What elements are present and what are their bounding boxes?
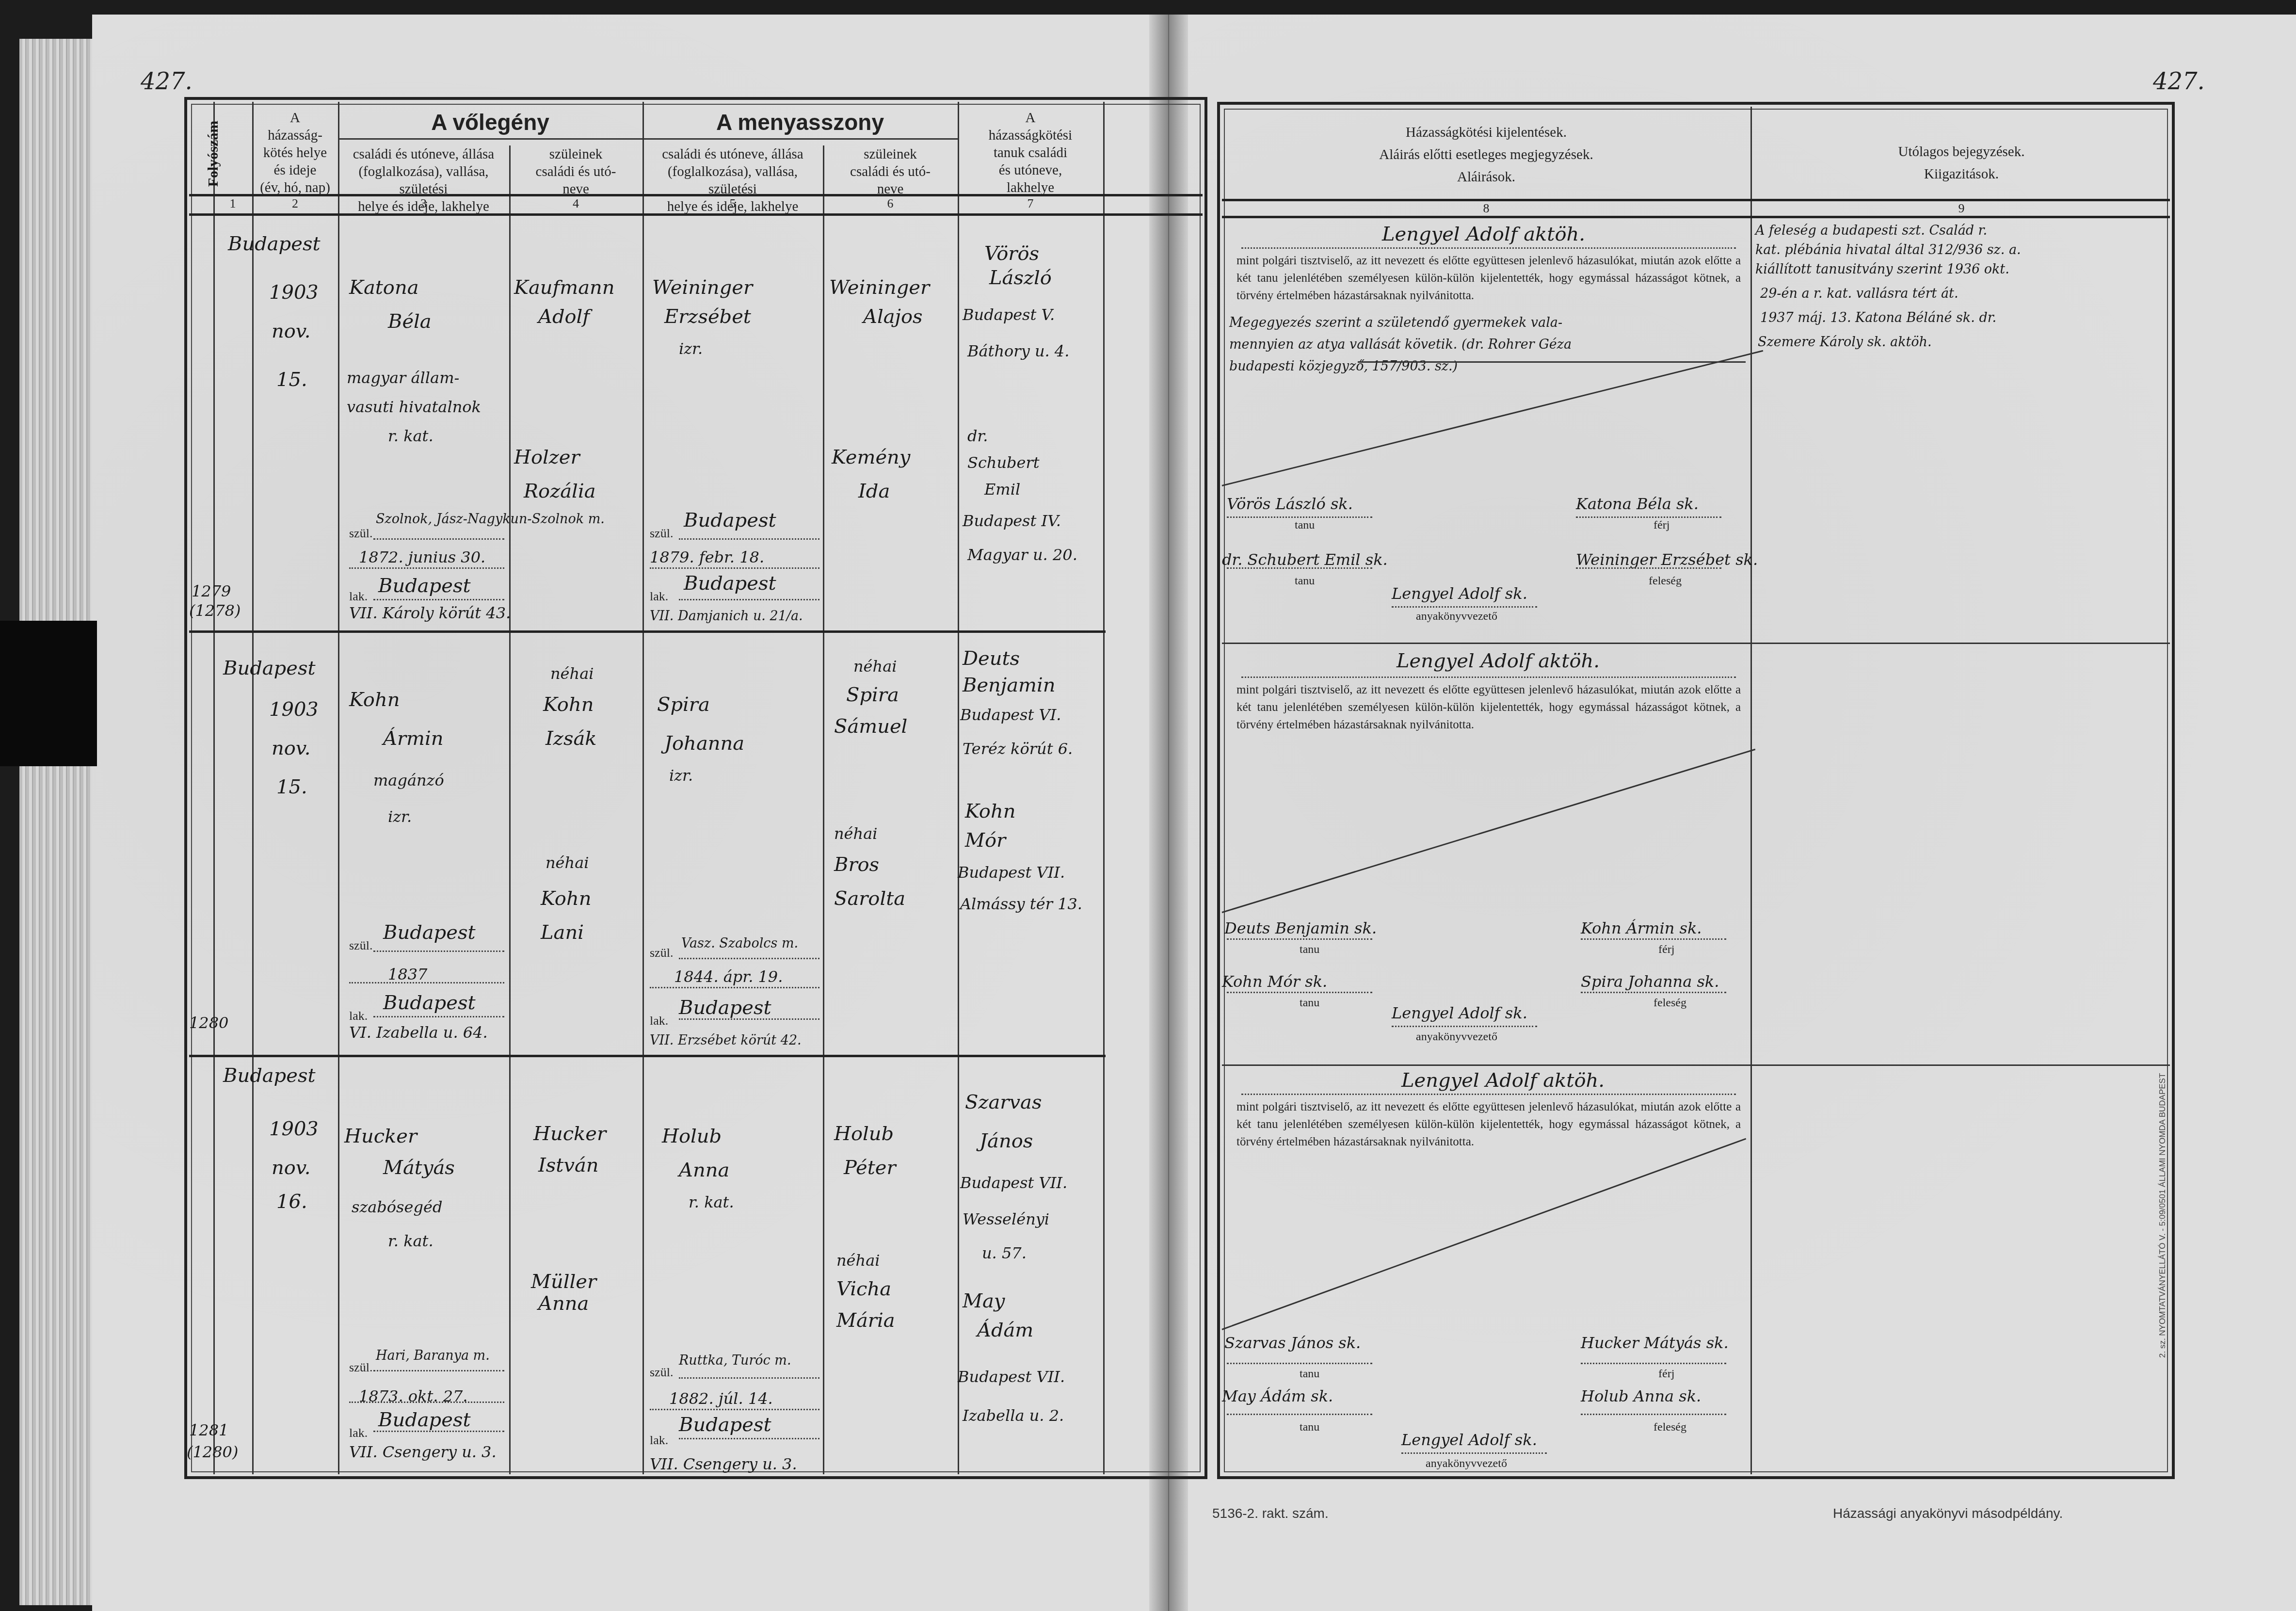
witness1-given: Benjamin <box>963 674 1056 696</box>
bride-birthdate: 1844. ápr. 19. <box>674 967 783 986</box>
bride-father-given: Sámuel <box>834 715 907 738</box>
dotted-line <box>373 950 504 952</box>
header-line: neve <box>823 180 958 198</box>
dotted-line <box>1401 1452 1547 1454</box>
bride-birthdate: 1879. febr. 18. <box>650 548 764 566</box>
header-col-4: szüleinek családi és utó- neve <box>509 145 642 198</box>
header-line: házasság- <box>252 127 338 144</box>
header-col-8: Házasságkötési kijelentések. Aláirás elő… <box>1222 121 1750 188</box>
witness1-surname: Vörös <box>984 242 1039 265</box>
dotted-line <box>1227 1363 1372 1364</box>
born-label: szül. <box>650 946 673 960</box>
registrar-signature: Lengyel Adolf sk. <box>1392 584 1527 603</box>
colnum-4: 4 <box>509 196 642 211</box>
officiant-name: Lengyel Adolf aktöh. <box>1401 1069 1605 1092</box>
witness-label: tanu <box>1300 997 1319 1010</box>
serial-number: 1281 <box>189 1421 228 1439</box>
dotted-line <box>679 958 819 959</box>
born-label: szül. <box>349 938 372 953</box>
witness2-surname: Kohn <box>965 800 1015 822</box>
dotted-line <box>1227 567 1372 569</box>
header-line: A <box>252 109 338 127</box>
dotted-line <box>373 599 504 600</box>
printer-imprint: 2. sz. NYOMTATVÁNYELLÁTÓ V. - 5:09/0501 … <box>2158 1073 2168 1358</box>
witness1-city: Budapest VI. <box>960 706 1061 724</box>
header-line: családi és utó- <box>823 163 958 180</box>
witness1-signature: Szarvas János sk. <box>1224 1334 1361 1352</box>
dotted-line <box>1227 938 1372 940</box>
groom-address: VII. Károly körút 43. <box>349 604 511 622</box>
witness2-given: Ádám <box>977 1319 1033 1341</box>
bride-religion: izr. <box>669 766 693 785</box>
bride-mother-note: néhai <box>834 824 877 843</box>
col-divider <box>958 102 959 1474</box>
header-line: Aláirás előtti esetleges megjegyzések. <box>1222 144 1750 166</box>
registrar-label: anyakönyvvezető <box>1416 1031 1497 1044</box>
bride-religion: r. kat. <box>689 1193 734 1211</box>
residence-label: lak. <box>650 1433 668 1448</box>
dotted-line <box>1227 992 1372 993</box>
bride-residence: Budapest <box>679 997 771 1019</box>
born-label: szül. <box>650 526 673 541</box>
groom-address: VII. Csengery u. 3. <box>349 1443 497 1461</box>
groom-given-name: Ármin <box>383 727 444 750</box>
marriage-year: 1903 <box>269 281 319 304</box>
marriage-place: Budapest <box>228 233 321 255</box>
groom-religion: izr. <box>388 807 412 826</box>
book-page-edges <box>19 39 97 1605</box>
wife-signature: Spira Johanna sk. <box>1581 972 1719 991</box>
dotted-line <box>1392 1026 1537 1027</box>
witness2-city: Budapest IV. <box>963 512 1061 530</box>
header-line: Kiigazitások. <box>1750 163 2172 185</box>
groom-residence: Budapest <box>378 575 471 597</box>
dotted-line <box>1581 938 1726 940</box>
marriage-month: nov. <box>272 320 310 342</box>
husband-signature: Kohn Ármin sk. <box>1581 919 1702 937</box>
right-register-table <box>1217 102 2175 1479</box>
dotted-line <box>679 538 819 540</box>
header-folyoszam: Folyószám <box>205 105 222 202</box>
groom-birthplace: Szolnok, Jász-Nagykun-Szolnok m. <box>376 512 605 527</box>
dotted-line <box>373 1370 504 1371</box>
colnum-8: 8 <box>1222 201 1750 216</box>
col-divider <box>213 102 215 1474</box>
dotted-line <box>650 567 819 569</box>
dotted-line <box>349 567 504 569</box>
black-tab-marker <box>0 621 97 766</box>
header-col-2: A házasság- kötés helye és ideje (év, hó… <box>252 109 338 196</box>
bride-father-given: Alajos <box>863 306 923 328</box>
header-line: szüleinek <box>823 145 958 163</box>
witness1-street: Teréz körút 6. <box>963 740 1073 758</box>
groom-residence: Budapest <box>378 1409 471 1431</box>
bride-mother-surname: Vicha <box>836 1278 891 1300</box>
witness1-signature: Deuts Benjamin sk. <box>1224 919 1377 937</box>
witness-label: tanu <box>1300 1421 1319 1434</box>
groom-given-name: Béla <box>388 310 432 333</box>
footer-register-title: Házassági anyakönyvi másodpéldány. <box>1833 1506 2063 1521</box>
col-divider <box>252 102 254 1474</box>
marriage-month: nov. <box>272 737 310 759</box>
groom-father-surname: Hucker <box>533 1123 606 1145</box>
marriage-day: 15. <box>276 369 307 391</box>
header-groom: A vőlegény <box>338 109 642 135</box>
groom-religion: r. kat. <box>388 1232 434 1250</box>
bride-mother-surname: Kemény <box>832 446 910 468</box>
colnum-7: 7 <box>958 196 1103 211</box>
groom-birthplace: Budapest <box>383 921 476 944</box>
header-line: és ideje <box>252 161 338 179</box>
dotted-line <box>679 1377 819 1379</box>
witness1-number: u. 57. <box>982 1244 1027 1262</box>
witness2-surname: May <box>963 1290 1005 1312</box>
witness1-given: László <box>989 267 1052 289</box>
dotted-line <box>373 1431 504 1432</box>
dotted-line <box>679 599 819 600</box>
residence-label: lak. <box>349 1426 368 1440</box>
witness1-given: János <box>979 1130 1033 1152</box>
dotted-line <box>679 1018 819 1020</box>
later-entry-line: A feleség a budapesti szt. Család r. <box>1755 223 1987 238</box>
header-line: Házasságkötési kijelentések. <box>1222 121 1750 144</box>
colnum-3: 3 <box>338 196 509 211</box>
witness2-signature: dr. Schubert Emil sk. <box>1222 550 1388 569</box>
registrar-signature: Lengyel Adolf sk. <box>1401 1431 1537 1449</box>
bride-given-name: Anna <box>679 1159 729 1181</box>
col-divider <box>509 145 511 1474</box>
groom-given-name: Mátyás <box>383 1157 455 1179</box>
groom-father-given: Adolf <box>538 306 590 328</box>
declaration-text: mint polgári tisztviselő, az itt nevezet… <box>1236 681 1741 734</box>
witness2-street: Magyar u. 20. <box>967 546 1077 564</box>
witness2-title: dr. <box>967 427 988 445</box>
dotted-line <box>1227 516 1372 518</box>
bride-mother-given: Sarolta <box>834 887 905 910</box>
witness2-street: Almássy tér 13. <box>960 895 1082 913</box>
dotted-line <box>349 1402 504 1403</box>
groom-surname: Hucker <box>344 1125 417 1147</box>
groom-occupation: magyar állam- <box>347 369 459 387</box>
colnum-6: 6 <box>823 196 958 211</box>
dotted-line <box>1576 516 1721 518</box>
record-divider <box>1222 1064 2170 1066</box>
group-divider <box>338 138 958 140</box>
husband-label: férj <box>1654 519 1670 532</box>
header-col-7: A házasságkötési tanuk családi és utónev… <box>958 109 1103 196</box>
bride-father-surname: Holub <box>834 1123 894 1145</box>
husband-signature: Katona Béla sk. <box>1576 495 1699 513</box>
colnum-1: 1 <box>213 196 252 211</box>
marriage-place: Budapest <box>223 657 316 679</box>
later-entry-line: Szemere Károly sk. aktöh. <box>1758 335 1932 350</box>
header-line: Aláirások. <box>1222 166 1750 188</box>
bride-residence: Budapest <box>679 1414 771 1436</box>
serial-number: 1280 <box>189 1014 228 1032</box>
bride-surname: Spira <box>657 693 710 716</box>
header-line: lakhelye <box>958 179 1103 196</box>
bride-surname: Weininger <box>652 276 753 299</box>
record-divider <box>189 630 1106 633</box>
groom-mother-given: Lani <box>541 921 584 944</box>
bride-mother-surname: Bros <box>834 854 879 876</box>
residence-label: lak. <box>650 589 668 604</box>
registrar-label: anyakönyvvezető <box>1416 610 1497 623</box>
wife-signature: Weininger Erzsébet sk. <box>1576 550 1758 569</box>
groom-address: VI. Izabella u. 64. <box>349 1023 488 1042</box>
dotted-line <box>1581 992 1726 993</box>
registrar-label: anyakönyvvezető <box>1426 1457 1507 1470</box>
bride-birthplace: Ruttka, Turóc m. <box>679 1353 791 1368</box>
header-line: (foglalkozása), vallása, születési <box>338 163 509 198</box>
strike-line <box>1358 361 1746 363</box>
marriage-year: 1903 <box>269 698 319 721</box>
serial-number-old: (1278) <box>189 601 241 620</box>
residence-label: lak. <box>349 589 368 604</box>
groom-occupation: vasuti hivatalnok <box>347 398 481 416</box>
marriage-day: 15. <box>276 776 307 798</box>
bride-father-note: néhai <box>853 657 897 676</box>
groom-surname: Kohn <box>349 689 400 711</box>
bride-address: VII. Erzsébet körút 42. <box>650 1033 802 1048</box>
dotted-line <box>1576 567 1721 569</box>
record-divider <box>1222 643 2170 644</box>
born-label: szül. <box>650 1365 673 1380</box>
groom-father-given: Izsák <box>546 727 597 750</box>
footer-stock-number: 5136-2. rakt. szám. <box>1212 1506 1329 1521</box>
groom-mother-surname: Holzer <box>514 446 580 468</box>
dotted-line <box>349 982 504 983</box>
header-col-9: Utólagos bejegyzések. Kiigazitások. <box>1750 141 2172 185</box>
serial-number-old: (1280) <box>187 1443 238 1461</box>
later-entry-line: kiállított tanusitvány szerint 1936 okt. <box>1755 262 2009 277</box>
born-label: szül. <box>349 1360 372 1375</box>
bride-birthplace: Vasz. Szabolcs m. <box>681 936 798 951</box>
dotted-line <box>1581 1414 1726 1415</box>
colnum-2: 2 <box>252 196 338 211</box>
page-number-right: 427. <box>2153 68 2205 95</box>
witness2-surname: Schubert <box>967 453 1040 472</box>
groom-father-surname: Kaufmann <box>514 276 615 299</box>
groom-birthplace: Hari, Baranya m. <box>376 1348 490 1363</box>
groom-mother-given: Rozália <box>524 480 596 502</box>
bride-mother-given: Mária <box>836 1309 895 1332</box>
wife-label: feleség <box>1649 575 1682 588</box>
bride-father-surname: Weininger <box>829 276 930 299</box>
serial-number: 1279 <box>192 582 231 600</box>
header-line: családi és utó- <box>509 163 642 180</box>
bride-address: VII. Csengery u. 3. <box>650 1455 797 1473</box>
dotted-line <box>650 1409 819 1410</box>
groom-mother-surname: Müller <box>531 1271 596 1293</box>
witness2-signature: Kohn Mór sk. <box>1222 972 1327 991</box>
header-line: Utólagos bejegyzések. <box>1750 141 2172 163</box>
header-line: házasságkötési <box>958 127 1103 144</box>
dotted-line <box>1241 677 1736 678</box>
officiant-name: Lengyel Adolf aktöh. <box>1382 223 1585 245</box>
witness2-city: Budapest VII. <box>958 1368 1065 1386</box>
bride-birthdate: 1882. júl. 14. <box>669 1389 773 1408</box>
dotted-line <box>1241 247 1736 249</box>
col-divider <box>338 102 339 1474</box>
wife-label: feleség <box>1654 1421 1686 1434</box>
dotted-line <box>373 1016 504 1017</box>
groom-occupation: magánzó <box>373 771 444 789</box>
col-divider <box>1103 102 1105 1474</box>
bride-residence: Budapest <box>684 572 776 595</box>
wife-label: feleség <box>1654 997 1686 1010</box>
groom-birthdate: 1837 <box>388 965 427 983</box>
header-line: családi és utóneve, állása <box>642 145 823 163</box>
header-col-6: szüleinek családi és utó- neve <box>823 145 958 198</box>
witness-label: tanu <box>1300 943 1319 956</box>
witness-label: tanu <box>1300 1368 1319 1381</box>
marriage-day: 16. <box>276 1191 307 1213</box>
bride-mother-note: néhai <box>836 1251 880 1270</box>
bride-birthplace: Budapest <box>684 509 776 532</box>
groom-mother-given: Anna <box>538 1292 589 1315</box>
remark-line: mennyien az atya vallását követik. (dr. … <box>1229 337 1572 352</box>
bride-given-name: Erzsébet <box>664 306 751 328</box>
witness1-street: Wesselényi <box>963 1210 1049 1228</box>
groom-mother-note: néhai <box>546 854 589 872</box>
witness1-surname: Szarvas <box>965 1091 1042 1113</box>
bride-father-surname: Spira <box>846 684 899 706</box>
bride-father-given: Péter <box>844 1157 896 1179</box>
page-number-left: 427. <box>141 68 193 95</box>
header-line: A <box>958 109 1103 127</box>
bride-given-name: Johanna <box>664 732 744 755</box>
dotted-line <box>650 987 819 988</box>
bride-religion: izr. <box>679 339 703 358</box>
born-label: szül. <box>349 526 372 541</box>
residence-label: lak. <box>650 1014 668 1028</box>
witness2-given: Mór <box>965 829 1006 852</box>
groom-residence: Budapest <box>383 992 476 1014</box>
dotted-line <box>1241 1094 1736 1095</box>
dotted-line <box>373 538 504 540</box>
col-divider <box>642 102 644 1474</box>
groom-mother-surname: Kohn <box>541 887 591 910</box>
header-line: (év, hó, nap) <box>252 179 338 196</box>
header-line: neve <box>509 180 642 198</box>
marriage-year: 1903 <box>269 1118 319 1140</box>
col-divider <box>1750 107 1752 1474</box>
groom-birthdate: 1872. junius 30. <box>359 548 485 566</box>
witness2-signature: May Ádám sk. <box>1222 1387 1333 1405</box>
dotted-line <box>1392 606 1537 608</box>
groom-father-given: István <box>538 1154 599 1176</box>
colnum-5: 5 <box>642 196 823 211</box>
witness1-surname: Deuts <box>963 647 1020 670</box>
later-entry-line: 29-én a r. kat. vallásra tért át. <box>1760 286 1959 301</box>
witness1-city: Budapest VII. <box>960 1174 1067 1192</box>
witness-label: tanu <box>1295 519 1315 532</box>
marriage-month: nov. <box>272 1157 310 1179</box>
groom-surname: Katona <box>349 276 419 299</box>
header-line: tanuk családi <box>958 144 1103 161</box>
bride-surname: Holub <box>662 1125 722 1147</box>
wife-signature: Holub Anna sk. <box>1581 1387 1701 1405</box>
groom-father-note: néhai <box>550 664 594 683</box>
header-line: családi és utóneve, állása <box>338 145 509 163</box>
record-divider <box>189 1055 1106 1057</box>
officiant-name: Lengyel Adolf aktöh. <box>1397 650 1600 672</box>
dotted-line <box>679 1438 819 1439</box>
colnum-divider <box>1222 216 2170 218</box>
dotted-line <box>1227 1414 1372 1415</box>
bride-address: VII. Damjanich u. 21/a. <box>650 609 803 624</box>
declaration-text: mint polgári tisztviselő, az itt nevezet… <box>1236 252 1741 305</box>
groom-occupation: szabósegéd <box>352 1198 442 1216</box>
witness1-signature: Vörös László sk. <box>1227 495 1353 513</box>
remark-line: Megegyezés szerint a születendő gyermeke… <box>1229 315 1562 330</box>
witness2-city: Budapest VII. <box>958 863 1065 882</box>
groom-religion: r. kat. <box>388 427 434 445</box>
dotted-line <box>1581 1363 1726 1364</box>
bride-mother-given: Ida <box>858 480 890 502</box>
witness2-street: Izabella u. 2. <box>963 1406 1064 1425</box>
husband-label: férj <box>1658 943 1674 956</box>
witness1-city: Budapest V. <box>963 306 1055 324</box>
groom-father-surname: Kohn <box>543 693 594 716</box>
marriage-place: Budapest <box>223 1064 316 1087</box>
header-line: és utóneve, <box>958 161 1103 179</box>
later-entry-line: kat. plébánia hivatal által 312/936 sz. … <box>1755 242 2021 258</box>
header-line: kötés helye <box>252 144 338 161</box>
declaration-text: mint polgári tisztviselő, az itt nevezet… <box>1236 1098 1741 1151</box>
husband-label: férj <box>1658 1368 1674 1381</box>
colnum-9: 9 <box>1750 201 2172 216</box>
residence-label: lak. <box>349 1009 368 1023</box>
later-entry-line: 1937 máj. 13. Katona Béláné sk. dr. <box>1760 310 1996 325</box>
registrar-signature: Lengyel Adolf sk. <box>1392 1004 1527 1022</box>
header-line: (foglalkozása), vallása, születési <box>642 163 823 198</box>
header-bride: A menyasszony <box>642 109 958 135</box>
husband-signature: Hucker Mátyás sk. <box>1581 1334 1729 1352</box>
col-divider <box>823 145 824 1474</box>
header-line: szüleinek <box>509 145 642 163</box>
witness1-street: Báthory u. 4. <box>967 342 1069 360</box>
witness-label: tanu <box>1295 575 1315 588</box>
witness2-given: Emil <box>984 480 1020 499</box>
